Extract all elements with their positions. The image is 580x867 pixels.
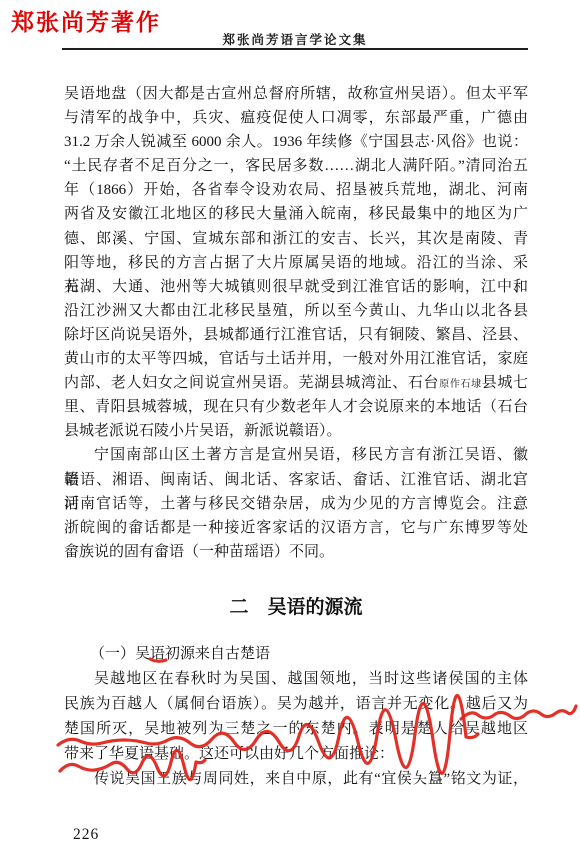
text-line: 畲族说的固有畲语（一种苗瑶语）不同。: [64, 540, 528, 564]
header-rule: [62, 48, 528, 50]
text-line-with-note: 内部、老人妇女之间说宣州吴语。芜湖县城湾沚、石台原作石埭县城七: [64, 371, 528, 395]
text-line: 带来了华夏语基础。这还可以由好几个方面推论：: [64, 742, 528, 767]
text-line: 黄山市的太平等四城，官话与土话并用，一般对外用江淮官话，家庭: [64, 347, 528, 371]
text-line: 两省及安徽江北地区的移民大量涌入皖南，移民最集中的地区为广: [64, 202, 528, 226]
text-line: 里、青阳县城蓉城，现在只有少数老年人才会说原来的本地话（石台: [64, 395, 528, 419]
text-line: “土民存者不足百分之一，客民居多数……湖北人满阡陌。”清同治五: [64, 154, 528, 178]
text-line: 德、郎溪、宁国、宣城东部和浙江的安吉、长兴，其次是南陵、青: [64, 227, 528, 251]
text-line: 吴越地区在春秋时为吴国、越国领地，当时这些诸侯国的主体: [64, 667, 528, 692]
text-line: 楚国所灭，吴地被列为三楚之一的东楚内。表明是楚人给吴越地区: [64, 717, 528, 742]
text-line: 民族为百越人（属侗台语族）。吴为越并，语言并无变化。越后又为: [64, 692, 528, 717]
text-segment: 县城七: [482, 375, 528, 391]
section-heading: 二 吴语的源流: [64, 596, 528, 620]
body-text: 吴语地盘（因大都是古宣州总督府所辖，故称宣州吴语）。但太平军 与清军的战争中，兵…: [64, 82, 528, 792]
text-line: 与清军的战争中，兵灾、瘟疫促使人口凋零，东部最严重，广德由: [64, 106, 528, 130]
text-line: 31.2 万余人锐减至 6000 余人。1936 年续修《宁国县志·风俗》也说：: [64, 130, 528, 154]
text-line: 除圩区尚说吴语外，县城都通行江淮官话，只有铜陵、繁昌、泾县、: [64, 323, 528, 347]
text-line: 宁国南部山区土著方言是宣州吴语，移民方言有浙江吴语、徽语、: [64, 443, 528, 467]
text-line: 传说吴国王族与周同姓，来自中原，此有“宜侯夨簋”铭文为证，: [64, 767, 528, 792]
text-line: 阳等地，移民的方言占据了大片原属吴语的地域。沿江的当涂、采石、: [64, 251, 528, 275]
book-page: 郑张尚芳著作 郑张尚芳语言学论文集 吴语地盘（因大都是古宣州总督府所辖，故称宣州…: [0, 0, 580, 867]
text-line: 沿江沙洲又大都由江北移民垦殖，所以至今黄山、九华山以北各县: [64, 299, 528, 323]
running-header: 郑张尚芳语言学论文集: [62, 30, 528, 48]
subsection-heading: （一）吴语初源来自古楚语: [64, 642, 528, 667]
text-line: 吴语地盘（因大都是古宣州总督府所辖，故称宣州吴语）。但太平军: [64, 82, 528, 106]
text-line: 县城老派说石陵小片吴语，新派说赣语）。: [64, 419, 528, 443]
text-line: 赣语、湘语、闽南话、闽北话、客家话、畲话、江淮官话、湖北官话、: [64, 468, 528, 492]
text-segment: 内部、老人妇女之间说宣州吴语。芜湖县城湾沚、石台: [64, 375, 439, 391]
page-number: 226: [73, 826, 99, 844]
text-line: 河南官话等，土著与移民交错杂居，成为少见的方言博览会。注意: [64, 492, 528, 516]
text-line: 浙皖闽的畲话都是一种接近客家话的汉语方言，它与广东博罗等处: [64, 516, 528, 540]
inline-editorial-note: 原作石埭: [439, 379, 482, 390]
text-line: 芜湖、大通、池州等大城镇则很早就受到江淮官话的影响，江中和: [64, 275, 528, 299]
text-line: 年（1866）开始，各省奉令设劝农局、招垦被兵荒地，湖北、河南: [64, 178, 528, 202]
